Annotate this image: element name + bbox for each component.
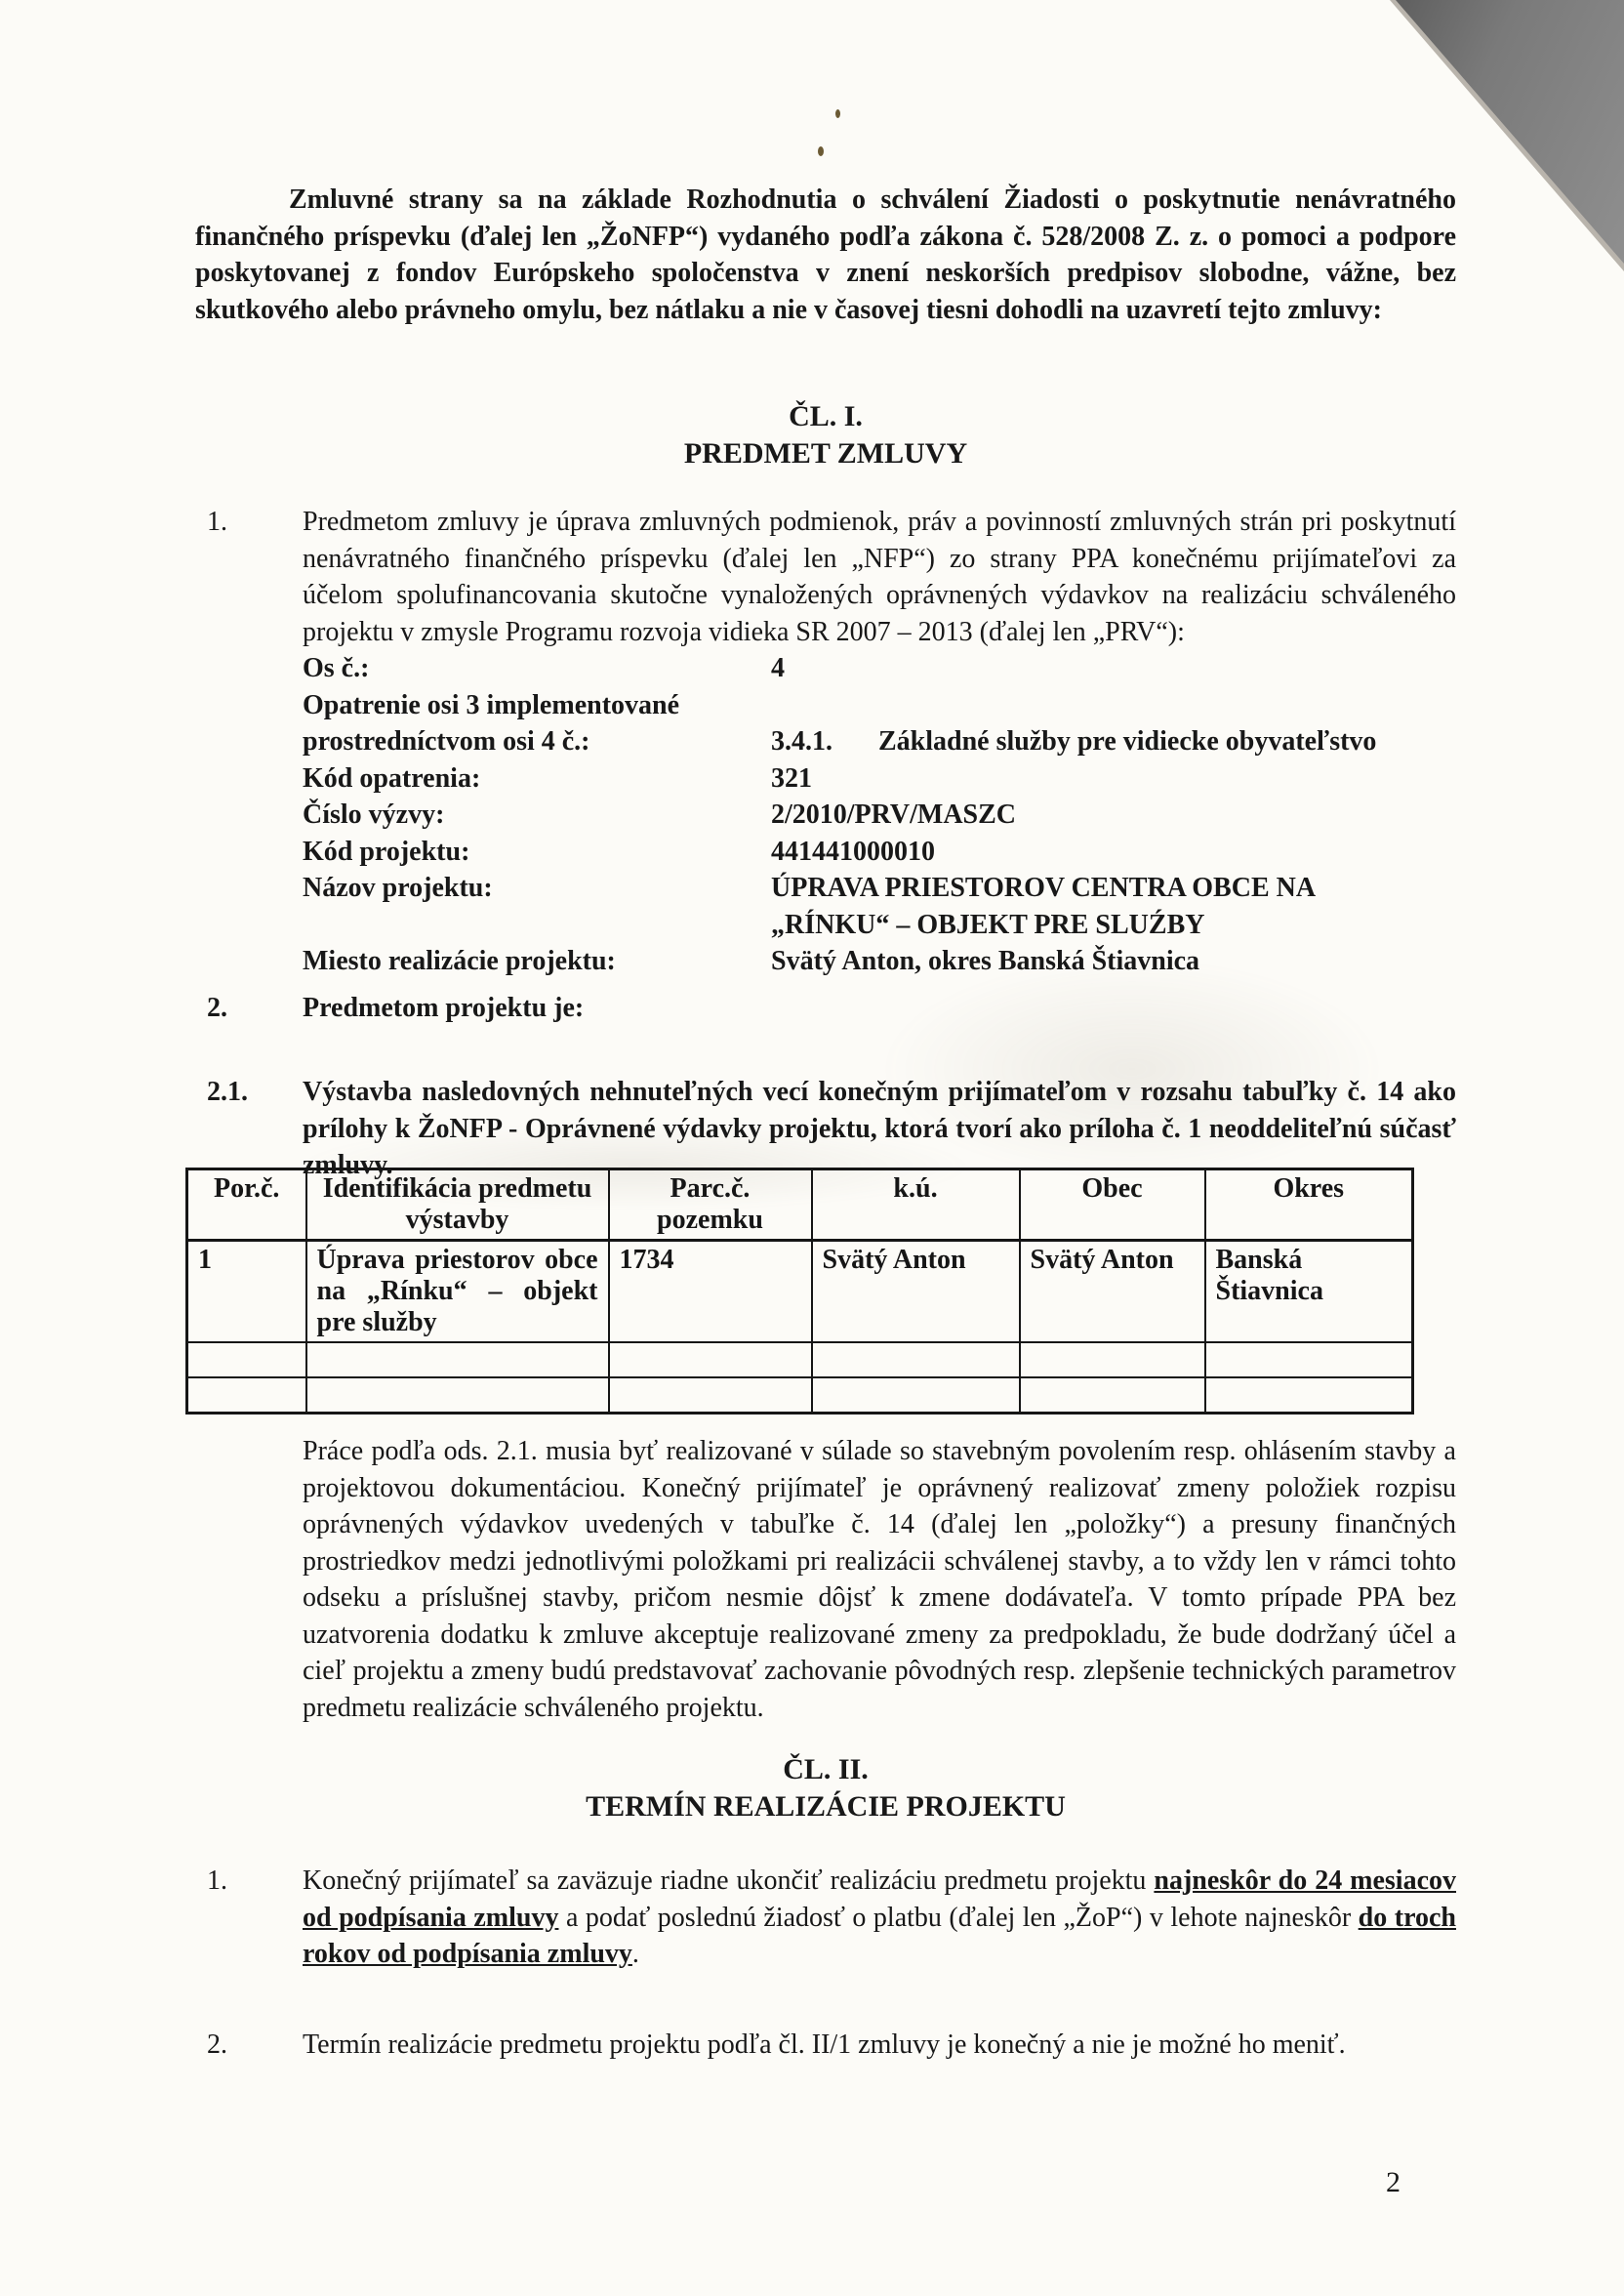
detail-value: 2/2010/PRV/MASZC (771, 797, 1456, 834)
table-header-okres: Okres (1205, 1169, 1413, 1241)
table-header-row: Por.č. Identifikácia predmetu výstavby P… (187, 1169, 1413, 1241)
table-cell-okres: Banská Štiavnica (1205, 1241, 1413, 1343)
table-cell-ku: Svätý Anton (812, 1241, 1020, 1343)
item-number: 2. (207, 990, 227, 1027)
item-text: Predmetom zmluvy je úprava zmluvných pod… (303, 504, 1456, 650)
works-paragraph: Práce podľa ods. 2.1. musia byť realizov… (303, 1433, 1456, 1726)
table-cell-identifikacia: Úprava priestorov obce na „Rínku“ – obje… (306, 1241, 609, 1343)
detail-label: Os č.: (303, 650, 771, 687)
item-number: 1. (207, 1863, 227, 1900)
measure-code: 3.4.1. (771, 723, 878, 760)
table-header-porc: Por.č. (187, 1169, 306, 1241)
detail-label: Kód projektu: (303, 834, 771, 871)
table-header-obec: Obec (1020, 1169, 1205, 1241)
detail-value (771, 687, 1456, 724)
detail-value: 4 (771, 650, 1456, 687)
detail-value: 321 (771, 760, 1456, 798)
table-cell (187, 1342, 306, 1377)
item-text: Termín realizácie predmetu projektu podľ… (303, 2027, 1456, 2064)
table-cell (1205, 1377, 1413, 1414)
detail-row-axis: Os č.: 4 (303, 650, 1456, 687)
article-2-heading: ČL. II. TERMÍN REALIZÁCIE PROJEKTU (195, 1751, 1456, 1825)
table-cell (1205, 1342, 1413, 1377)
detail-value: 441441000010 (771, 834, 1456, 871)
item-text: Predmetom projektu je: (303, 990, 1456, 1027)
item-number: 1. (207, 504, 227, 541)
item-text: Konečný prijímateľ sa zaväzuje riadne uk… (303, 1863, 1456, 1973)
table-cell (1020, 1342, 1205, 1377)
table-row: 1 Úprava priestorov obce na „Rínku“ – ob… (187, 1241, 1413, 1343)
article-1-item-2: 2. Predmetom projektu je: (195, 990, 1456, 1027)
term-text-3: . (632, 1939, 639, 1969)
detail-label (303, 907, 771, 944)
detail-label: Miesto realizácie projektu: (303, 943, 771, 980)
detail-label: Kód opatrenia: (303, 760, 771, 798)
table-header-parcc: Parc.č. pozemku (609, 1169, 812, 1241)
table-cell (306, 1377, 609, 1414)
article-1-title: PREDMET ZMLUVY (195, 435, 1456, 472)
detail-label: Číslo výzvy: (303, 797, 771, 834)
term-text-2: a podať poslednú žiadosť o platbu (ďalej… (558, 1903, 1358, 1933)
detail-label: Názov projektu: (303, 870, 771, 907)
detail-row-project-code: Kód projektu: 441441000010 (303, 834, 1456, 871)
table-cell-obec: Svätý Anton (1020, 1241, 1205, 1343)
detail-row-project-name-2: „RÍNKU“ – OBJEKT PRE SLUŹBY (303, 907, 1456, 944)
table-cell (812, 1342, 1020, 1377)
project-parcels-table: Por.č. Identifikácia predmetu výstavby P… (185, 1168, 1414, 1414)
item-number: 2. (207, 2027, 227, 2064)
detail-row-measure-2: prostredníctvom osi 4 č.: 3.4.1.Základné… (303, 723, 1456, 760)
table-row-empty (187, 1342, 1413, 1377)
detail-row-measure-1: Opatrenie osi 3 implementované (303, 687, 1456, 724)
table-cell (609, 1377, 812, 1414)
detail-value: 3.4.1.Základné služby pre vidiecke obyva… (771, 723, 1456, 760)
detail-label: prostredníctvom osi 4 č.: (303, 723, 771, 760)
article-2-number: ČL. II. (195, 1751, 1456, 1788)
detail-row-project-name-1: Názov projektu: ÚPRAVA PRIESTOROV CENTRA… (303, 870, 1456, 907)
scanned-contract-page: Zmluvné strany sa na základe Rozhodnutia… (0, 0, 1624, 2296)
detail-row-location: Miesto realizácie projektu: Svätý Anton,… (303, 943, 1456, 980)
detail-value: „RÍNKU“ – OBJEKT PRE SLUŹBY (771, 907, 1456, 944)
table-header-identifikacia: Identifikácia predmetu výstavby (306, 1169, 609, 1241)
article-2-title: TERMÍN REALIZÁCIE PROJEKTU (195, 1788, 1456, 1825)
article-2-item-2: 2. Termín realizácie predmetu projektu p… (195, 2027, 1456, 2064)
table-cell (306, 1342, 609, 1377)
table-cell (1020, 1377, 1205, 1414)
table-cell-parcc: 1734 (609, 1241, 812, 1343)
table-header-ku: k.ú. (812, 1169, 1020, 1241)
table-cell (812, 1377, 1020, 1414)
term-text-1: Konečný prijímateľ sa zaväzuje riadne uk… (303, 1865, 1154, 1896)
detail-row-measure-code: Kód opatrenia: 321 (303, 760, 1456, 798)
scan-speck (835, 109, 840, 118)
table-cell (187, 1377, 306, 1414)
article-1-number: ČL. I. (195, 398, 1456, 435)
scan-speck (818, 146, 824, 156)
item-number: 2.1. (207, 1074, 248, 1111)
detail-value: ÚPRAVA PRIESTOROV CENTRA OBCE NA (771, 870, 1456, 907)
table-row-empty (187, 1377, 1413, 1414)
page-number: 2 (1386, 2163, 1401, 2202)
measure-name: Základné služby pre vidiecke obyvateľstv… (878, 726, 1376, 757)
article-1-item-1: 1. Predmetom zmluvy je úprava zmluvných … (195, 504, 1456, 980)
detail-value: Svätý Anton, okres Banská Štiavnica (771, 943, 1456, 980)
table-cell (609, 1342, 812, 1377)
detail-row-call: Číslo výzvy: 2/2010/PRV/MASZC (303, 797, 1456, 834)
article-2-item-1: 1. Konečný prijímateľ sa zaväzuje riadne… (195, 1863, 1456, 1973)
detail-label: Opatrenie osi 3 implementované (303, 687, 771, 724)
table-cell-porc: 1 (187, 1241, 306, 1343)
intro-paragraph: Zmluvné strany sa na základe Rozhodnutia… (195, 182, 1456, 328)
article-1-heading: ČL. I. PREDMET ZMLUVY (195, 398, 1456, 472)
